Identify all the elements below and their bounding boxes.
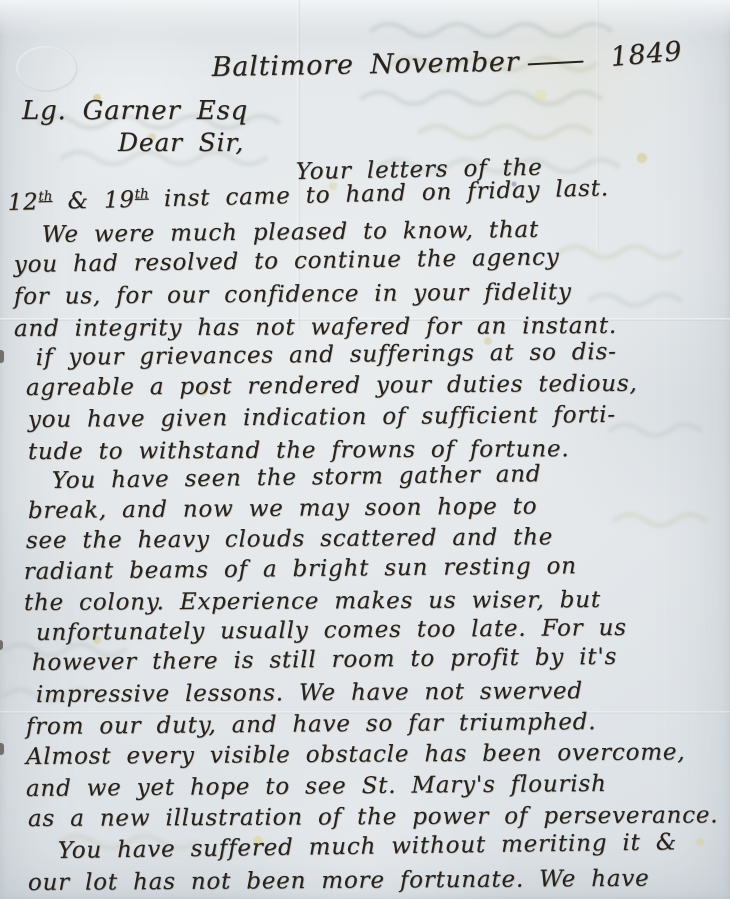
embossed-paper-seal xyxy=(16,46,76,90)
letter-line: and integrity has not wafered for an ins… xyxy=(14,313,617,342)
letter-line: as a new illustration of the power of pe… xyxy=(28,802,719,832)
salutation: Dear Sir, xyxy=(118,128,244,157)
paper-top-edge-highlight xyxy=(0,0,730,36)
letter-line: unfortunately usually comes too late. Fo… xyxy=(36,615,627,646)
letter-line: however there is still room to profit by… xyxy=(32,644,618,676)
line-text: inst came to hand on friday last. xyxy=(148,175,609,212)
dateline: Baltimore November xyxy=(211,46,583,83)
dateline-place-month: Baltimore November xyxy=(211,47,519,83)
letter-line: radiant beams of a bright sun resting on xyxy=(24,553,577,585)
letter-line: We were much pleased to know, that xyxy=(42,217,539,248)
scan-edge-mark xyxy=(0,640,3,650)
letter-line: our lot has not been more fortunate. We … xyxy=(28,866,650,896)
vertical-fold-crease xyxy=(596,0,599,250)
letter-line: break, and now we may soon hope to xyxy=(28,494,538,524)
letter-line: and we yet hope to see St. Mary's flouri… xyxy=(26,771,607,802)
ordinal-superscript: th xyxy=(135,187,149,202)
pen-flourish xyxy=(527,60,583,65)
letter-line: for us, for our confidence in your fidel… xyxy=(14,279,572,310)
letter-line: tude to withstand the frowns of fortune. xyxy=(28,436,570,465)
letter-line: Almost every visible obstacle has been o… xyxy=(26,739,686,770)
dateline-year: 1849 xyxy=(609,36,683,73)
letter-line: you had resolved to continue the agency xyxy=(14,244,560,278)
letter-line: you have given indication of sufficient … xyxy=(28,402,616,433)
recipient-line: Lg. Garner Esq xyxy=(22,96,248,126)
date-number: 12 xyxy=(7,189,39,216)
letter-line: see the heavy clouds scattered and the xyxy=(26,524,553,554)
scan-edge-mark xyxy=(0,350,4,363)
ordinal-superscript: th xyxy=(38,189,52,204)
letter-line: if your grievances and sufferings at so … xyxy=(36,339,617,371)
letter-line: You have seen the storm gather and xyxy=(52,461,542,494)
letter-line: agreable a post rendered your duties ted… xyxy=(26,371,638,401)
letter-line: the colony. Experience makes us wiser, b… xyxy=(24,587,601,616)
letter-line: You have suffered much without meriting … xyxy=(58,829,678,864)
letter-page: Baltimore November 1849 Lg. Garner Esq D… xyxy=(0,0,730,899)
scan-edge-mark xyxy=(0,743,4,755)
letter-line: from our duty, and have so far triumphed… xyxy=(26,709,597,740)
line-text: & 19 xyxy=(52,187,135,215)
letter-line: impressive lessons. We have not swerved xyxy=(36,678,583,708)
